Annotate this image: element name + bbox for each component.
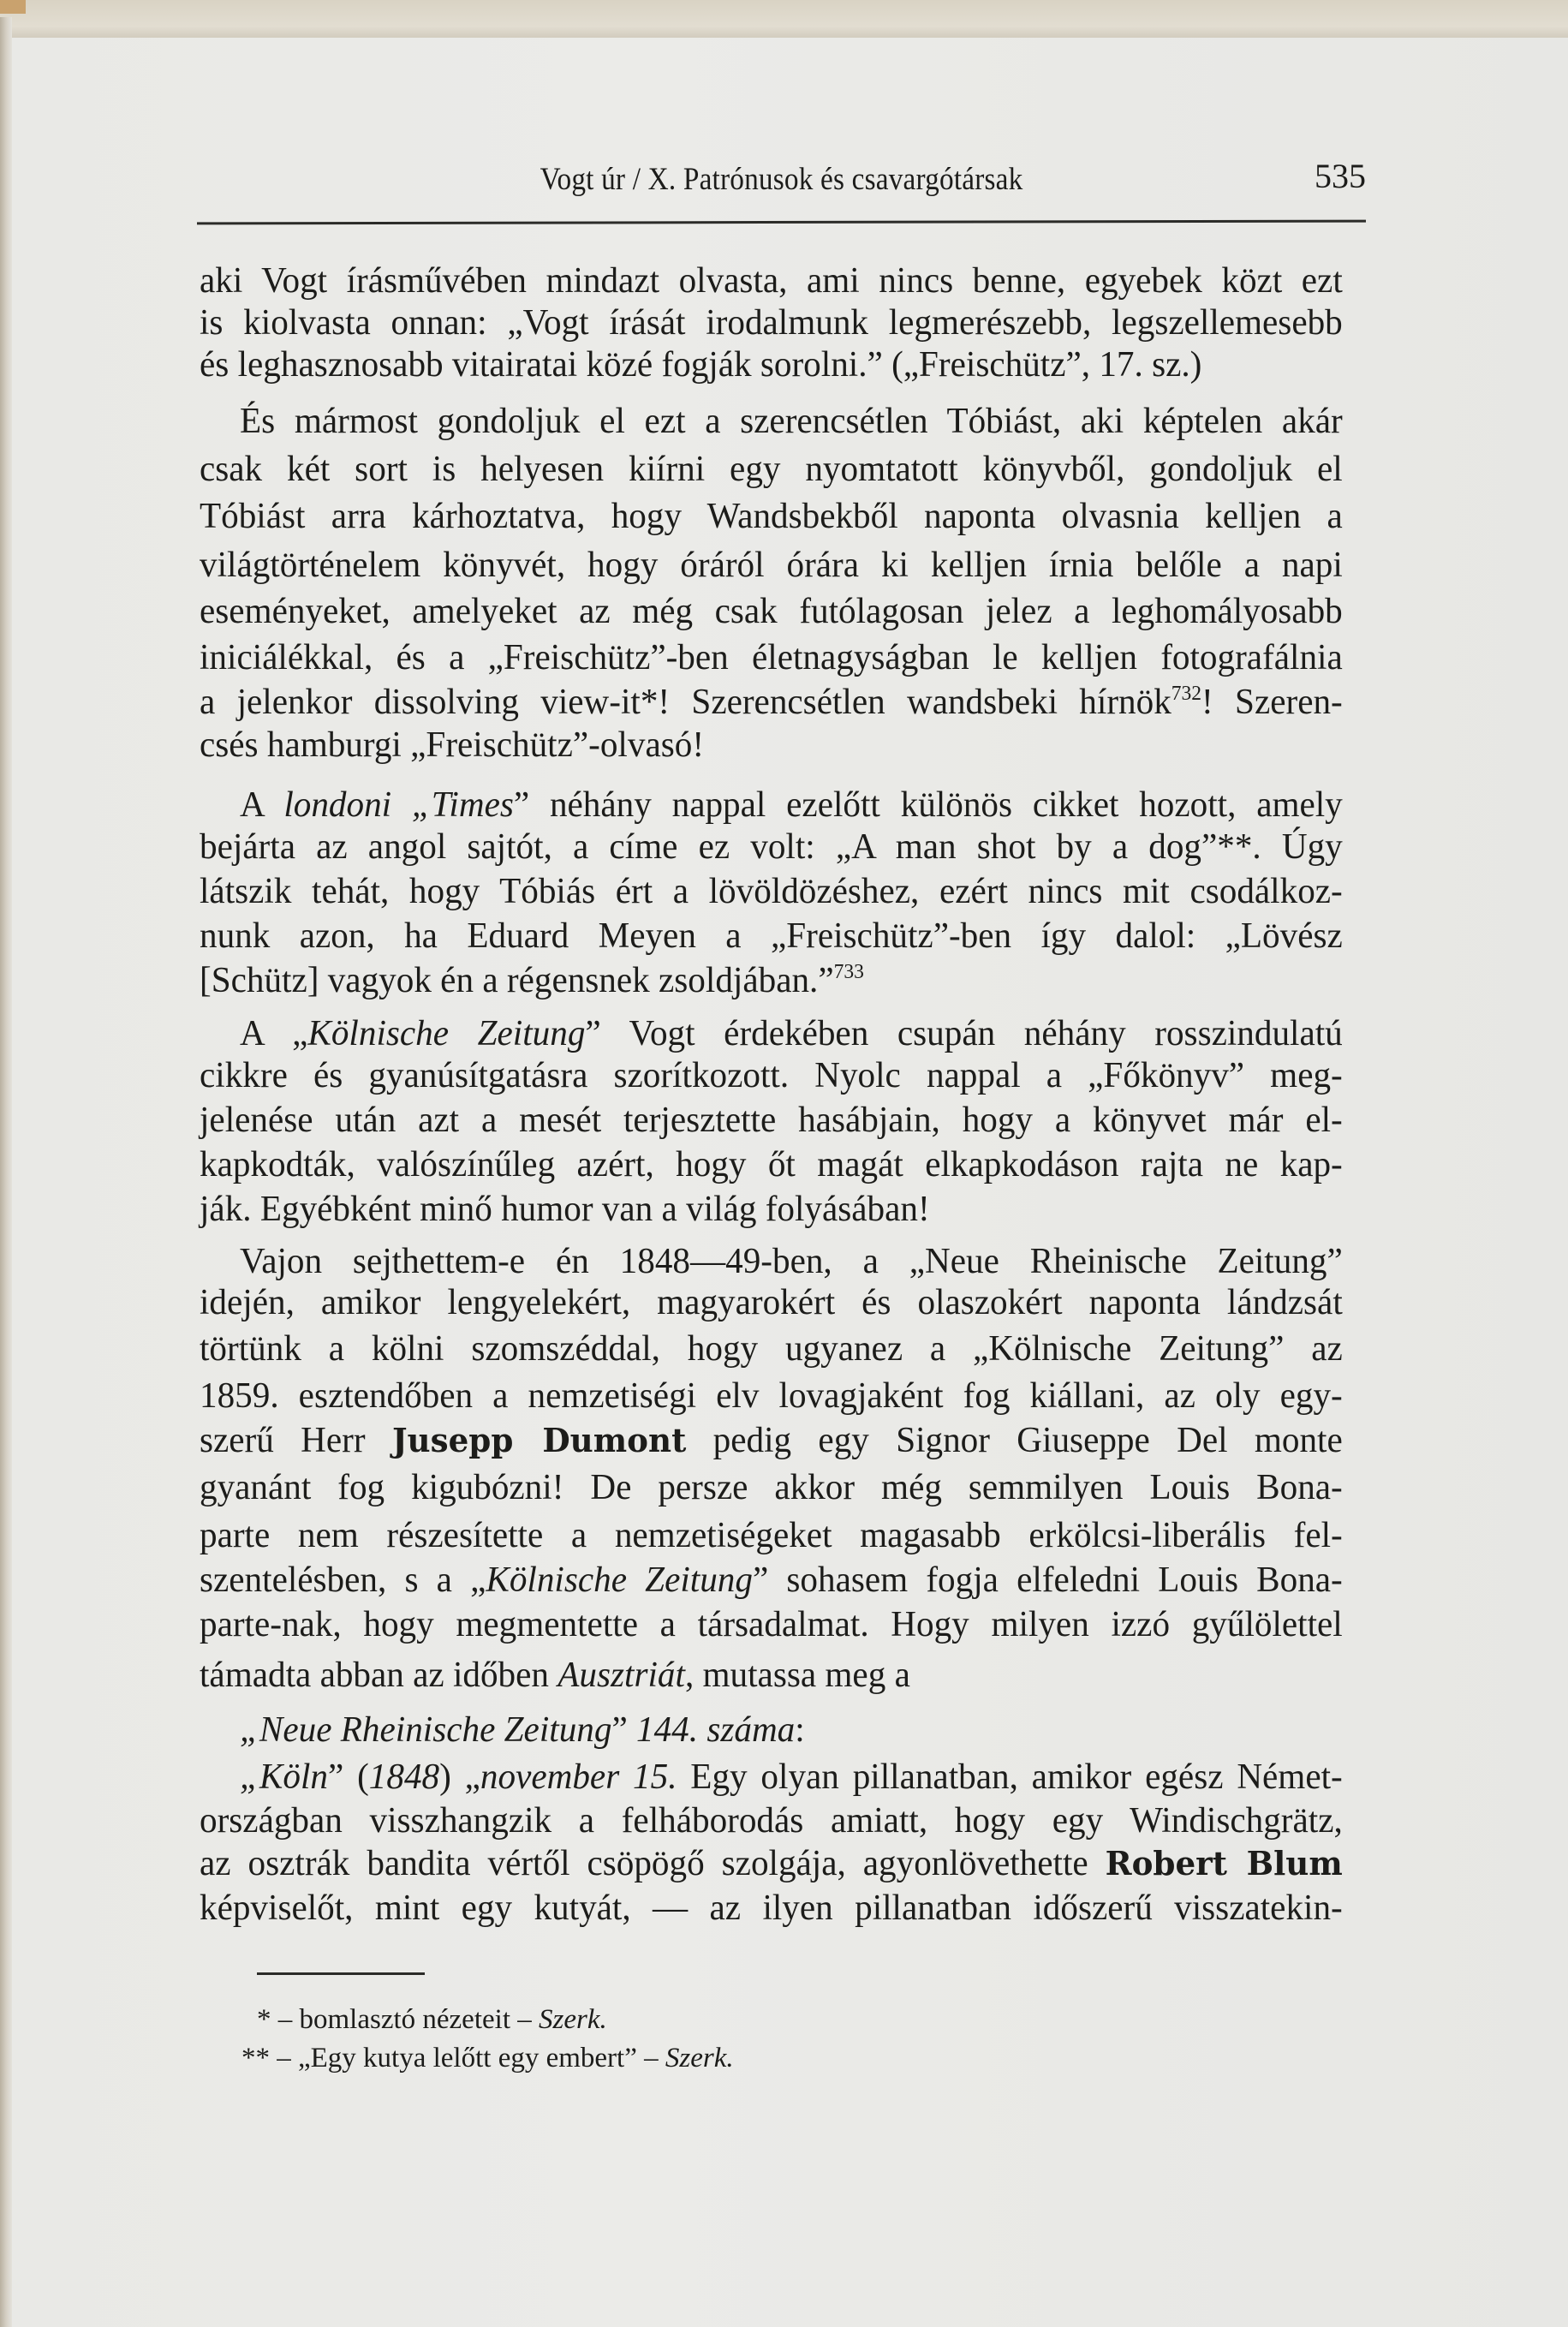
text-segment: a jelenkor dissolving view-it*! Szerencs… [200,683,1172,722]
text-segment: parte-nak, hogy megmentette a társadalma… [200,1605,1343,1644]
text-segment: iniciálékkal, és a „Freischütz”-ben élet… [200,638,1343,677]
text-line: országban visszhangzik a felháborodás am… [200,1799,1343,1842]
text-segment: az osztrák bandita vértől csöpögő szolgá… [200,1844,1106,1883]
footnote-text: – „Egy kutya lelőtt egy embert” – [270,2043,665,2073]
footnote-reference: 732 [1172,683,1201,705]
text-segment: is kiolvasta onnan: „Vogt írását irodalm… [200,303,1343,343]
text-line: Vajon sejthettem-e én 1848—49-ben, a „Ne… [200,1240,1343,1283]
text-line: A „Kölnische Zeitung” Vogt érdekében csu… [200,1012,1343,1055]
text-line: gyanánt fog kigubózni! De persze akkor m… [200,1466,1343,1509]
text-line: „Neue Rheinische Zeitung” 144. száma: [200,1709,1343,1751]
text-segment: ) „ [439,1757,480,1797]
text-segment: pedig egy Signor Giuseppe Del monte [686,1421,1342,1460]
text-segment: eseményeket, amelyeket az még csak futól… [200,592,1343,631]
bold-name: Robert Blum [1106,1844,1343,1882]
text-segment: ” néhány nappal ezelőtt különös cikket h… [514,785,1343,825]
text-segment: Egy olyan pillanatban, amikor egész Néme… [677,1757,1342,1797]
text-segment: aki Vogt írásművében mindazt olvasta, am… [200,261,1343,301]
footnote-editor: Szerk. [665,2043,734,2073]
text-segment: ” ( [328,1757,369,1797]
footnote-reference: 733 [834,961,864,983]
text-segment: támadta abban az időben [200,1656,557,1695]
text-segment: nunk azon, ha Eduard Meyen a „Freischütz… [200,916,1343,956]
running-head: Vogt úr / X. Patrónusok és csavargótársa… [197,161,1366,212]
italic-text: 144. száma [636,1710,795,1750]
text-segment: ják. Egyébként minő humor van a világ fo… [200,1190,930,1229]
text-line: [Schütz] vagyok én a régensnek zsoldjába… [200,959,1343,1002]
footnote-text: – bomlasztó nézeteit – [271,2004,540,2035]
text-segment: képviselőt, mint egy kutyát, — az ilyen … [200,1888,1343,1928]
text-line: parte nem részesítette a nemzetiségeket … [200,1514,1343,1557]
text-segment: és leghasznosabb vitairatai közé fogják … [200,345,1201,385]
footnote-editor: Szerk. [539,2004,607,2035]
footnote-rule [257,1972,425,1975]
text-line: világtörténelem könyvét, hogy óráról órá… [200,544,1343,587]
background-corner [0,0,26,14]
text-line: bejárta az angol sajtót, a címe ez volt:… [200,826,1343,868]
text-segment: látszik tehát, hogy Tóbiás ért a lövöldö… [200,872,1343,911]
text-segment: parte nem részesítette a nemzetiségeket … [200,1516,1343,1555]
text-line: eseményeket, amelyeket az még csak futól… [200,590,1343,633]
text-line: látszik tehát, hogy Tóbiás ért a lövöldö… [200,870,1343,913]
footnote-2: ** – „Egy kutya lelőtt egy embert” – Sze… [241,2041,734,2075]
text-line: szentelésben, s a „Kölnische Zeitung” so… [200,1559,1343,1602]
text-line: parte-nak, hogy megmentette a társadalma… [200,1603,1343,1646]
text-line: 1859. esztendőben a nemzetiségi elv lova… [200,1375,1343,1417]
text-segment: [Schütz] vagyok én a régensnek zsoldjába… [200,961,834,1000]
text-segment: csés hamburgi „Freischütz”-olvasó! [200,725,704,765]
text-segment: Tóbiást arra kárhoztatva, hogy Wandsbekb… [200,497,1343,536]
text-line: És mármost gondoljuk el ezt a szerencsét… [200,400,1343,443]
footnote-marker: * [257,2004,271,2035]
text-segment: törtünk a kölni szomszéddal, hogy ugyane… [200,1329,1343,1369]
text-segment: ” [611,1710,636,1750]
text-line: iniciálékkal, és a „Freischütz”-ben élet… [200,636,1343,679]
italic-text: londoni „Times [283,785,514,825]
text-segment: világtörténelem könyvét, hogy óráról órá… [200,546,1343,585]
text-line: az osztrák bandita vértől csöpögő szolgá… [200,1842,1343,1885]
text-segment: gyanánt fog kigubózni! De persze akkor m… [200,1468,1343,1507]
text-line: Tóbiást arra kárhoztatva, hogy Wandsbekb… [200,495,1343,538]
text-line: szerű Herr Jusepp Dumont pedig egy Signo… [200,1419,1343,1462]
text-line: képviselőt, mint egy kutyát, — az ilyen … [200,1887,1343,1930]
italic-text: 1848 [369,1757,439,1797]
text-line: nunk azon, ha Eduard Meyen a „Freischütz… [200,915,1343,958]
text-line: támadta abban az időben Ausztriát, mutas… [200,1654,1343,1697]
italic-text: Kölnische Zeitung [307,1014,585,1053]
text-segment: szerű Herr [200,1421,392,1460]
bold-name: Jusepp Dumont [392,1421,686,1459]
text-segment: szentelésben, s a „ [200,1560,486,1600]
text-segment: A [240,785,283,825]
text-line: aki Vogt írásművében mindazt olvasta, am… [200,260,1343,302]
text-line: cikkre és gyanúsítgatásra szorítkozott. … [200,1054,1343,1097]
text-line: kapkodták, valószínűleg azért, hogy őt m… [200,1143,1343,1186]
text-line: csak két sort is helyesen kiírni egy nyo… [200,448,1343,491]
stacked-pages-edge [0,17,12,2327]
italic-text: november 15. [480,1757,677,1797]
italic-text: „Köln [240,1757,328,1797]
italic-text: Ausztriát [557,1656,685,1695]
text-line: és leghasznosabb vitairatai közé fogják … [200,343,1343,386]
running-title: Vogt úr / X. Patrónusok és csavargótársa… [255,161,1308,198]
text-line: csés hamburgi „Freischütz”-olvasó! [200,724,1343,767]
text-segment: ” sohasem fogja elfeledni Louis Bona- [753,1560,1343,1600]
text-segment: ” Vogt érdekében csupán néhány rosszindu… [585,1014,1342,1053]
text-segment: Vajon sejthettem-e én 1848—49-ben, a „Ne… [240,1242,1343,1281]
text-line: jelenése után azt a mesét terjesztette h… [200,1099,1343,1142]
text-segment: kapkodták, valószínűleg azért, hogy őt m… [200,1145,1343,1184]
background-page-edge [0,0,1568,38]
text-segment: 1859. esztendőben a nemzetiségi elv lova… [200,1376,1343,1416]
text-segment: cikkre és gyanúsítgatásra szorítkozott. … [200,1056,1343,1095]
text-segment: ! Szeren- [1201,683,1343,722]
italic-text: Kölnische Zeitung [486,1560,753,1600]
text-segment: A „ [240,1014,307,1053]
text-segment: bejárta az angol sajtót, a címe ez volt:… [200,827,1343,867]
text-line: ják. Egyébként minő humor van a világ fo… [200,1188,1343,1231]
italic-text: „Neue Rheinische Zeitung [240,1710,611,1750]
text-segment: És mármost gondoljuk el ezt a szerencsét… [240,402,1343,441]
footnote-1: * – bomlasztó nézeteit – Szerk. [257,2002,607,2037]
page-number: 535 [1315,156,1366,196]
text-segment: : [795,1710,804,1750]
text-line: „Köln” (1848) „november 15. Egy olyan pi… [200,1756,1343,1799]
text-line: A londoni „Times” néhány nappal ezelőtt … [200,784,1343,826]
text-segment: országban visszhangzik a felháborodás am… [200,1801,1343,1841]
text-line: a jelenkor dissolving view-it*! Szerencs… [200,681,1343,724]
text-line: is kiolvasta onnan: „Vogt írását irodalm… [200,301,1343,344]
footnote-marker: ** [241,2043,270,2073]
text-line: törtünk a kölni szomszéddal, hogy ugyane… [200,1328,1343,1370]
text-segment: csak két sort is helyesen kiírni egy nyo… [200,450,1343,489]
text-segment: idején, amikor lengyelekért, magyarokért… [200,1283,1343,1322]
text-segment: , mutassa meg a [685,1656,910,1695]
text-segment: jelenése után azt a mesét terjesztette h… [200,1101,1343,1140]
text-line: idején, amikor lengyelekért, magyarokért… [200,1281,1343,1324]
